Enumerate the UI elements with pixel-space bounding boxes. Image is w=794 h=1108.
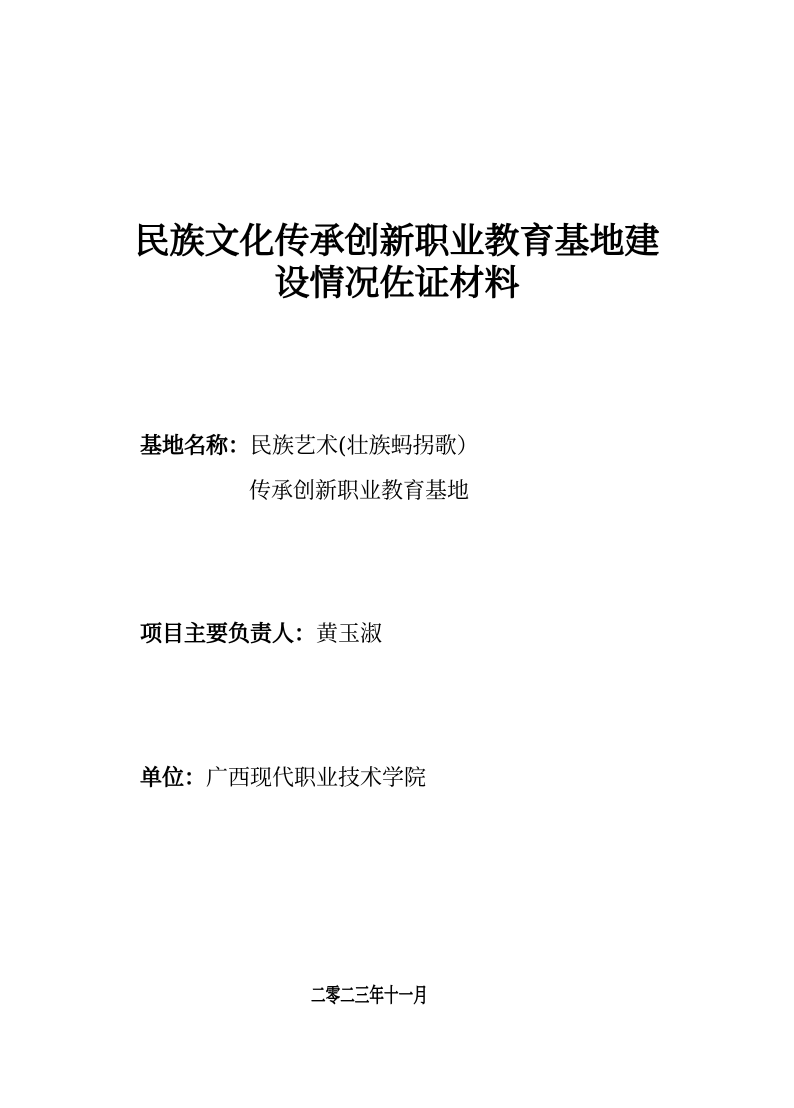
field-base-name: 基地名称：民族艺术(壮族蚂拐歌） — [140, 433, 479, 460]
base-name-label: 基地名称： — [140, 434, 250, 459]
field-base-name-continued: 传承创新职业教育基地 — [249, 478, 469, 505]
base-name-value-line-1: 民族艺术(壮族蚂拐歌） — [250, 434, 479, 459]
project-leader-value: 黄玉淑 — [316, 622, 382, 647]
title-line-1: 民族文化传承创新职业教育基地建 — [0, 221, 794, 263]
document-title: 民族文化传承创新职业教育基地建 设情况佐证材料 — [0, 221, 794, 305]
field-project-leader: 项目主要负责人：黄玉淑 — [140, 621, 382, 648]
unit-value: 广西现代职业技术学院 — [206, 766, 426, 791]
project-leader-label: 项目主要负责人： — [140, 622, 316, 647]
unit-label: 单位： — [140, 766, 206, 791]
title-line-2: 设情况佐证材料 — [0, 263, 794, 305]
base-name-value-line-2: 传承创新职业教育基地 — [249, 479, 469, 504]
field-unit: 单位：广西现代职业技术学院 — [140, 765, 426, 792]
document-date: 二零二三年十一月 — [311, 983, 428, 1007]
document-page: 民族文化传承创新职业教育基地建 设情况佐证材料 基地名称：民族艺术(壮族蚂拐歌）… — [0, 0, 794, 1108]
